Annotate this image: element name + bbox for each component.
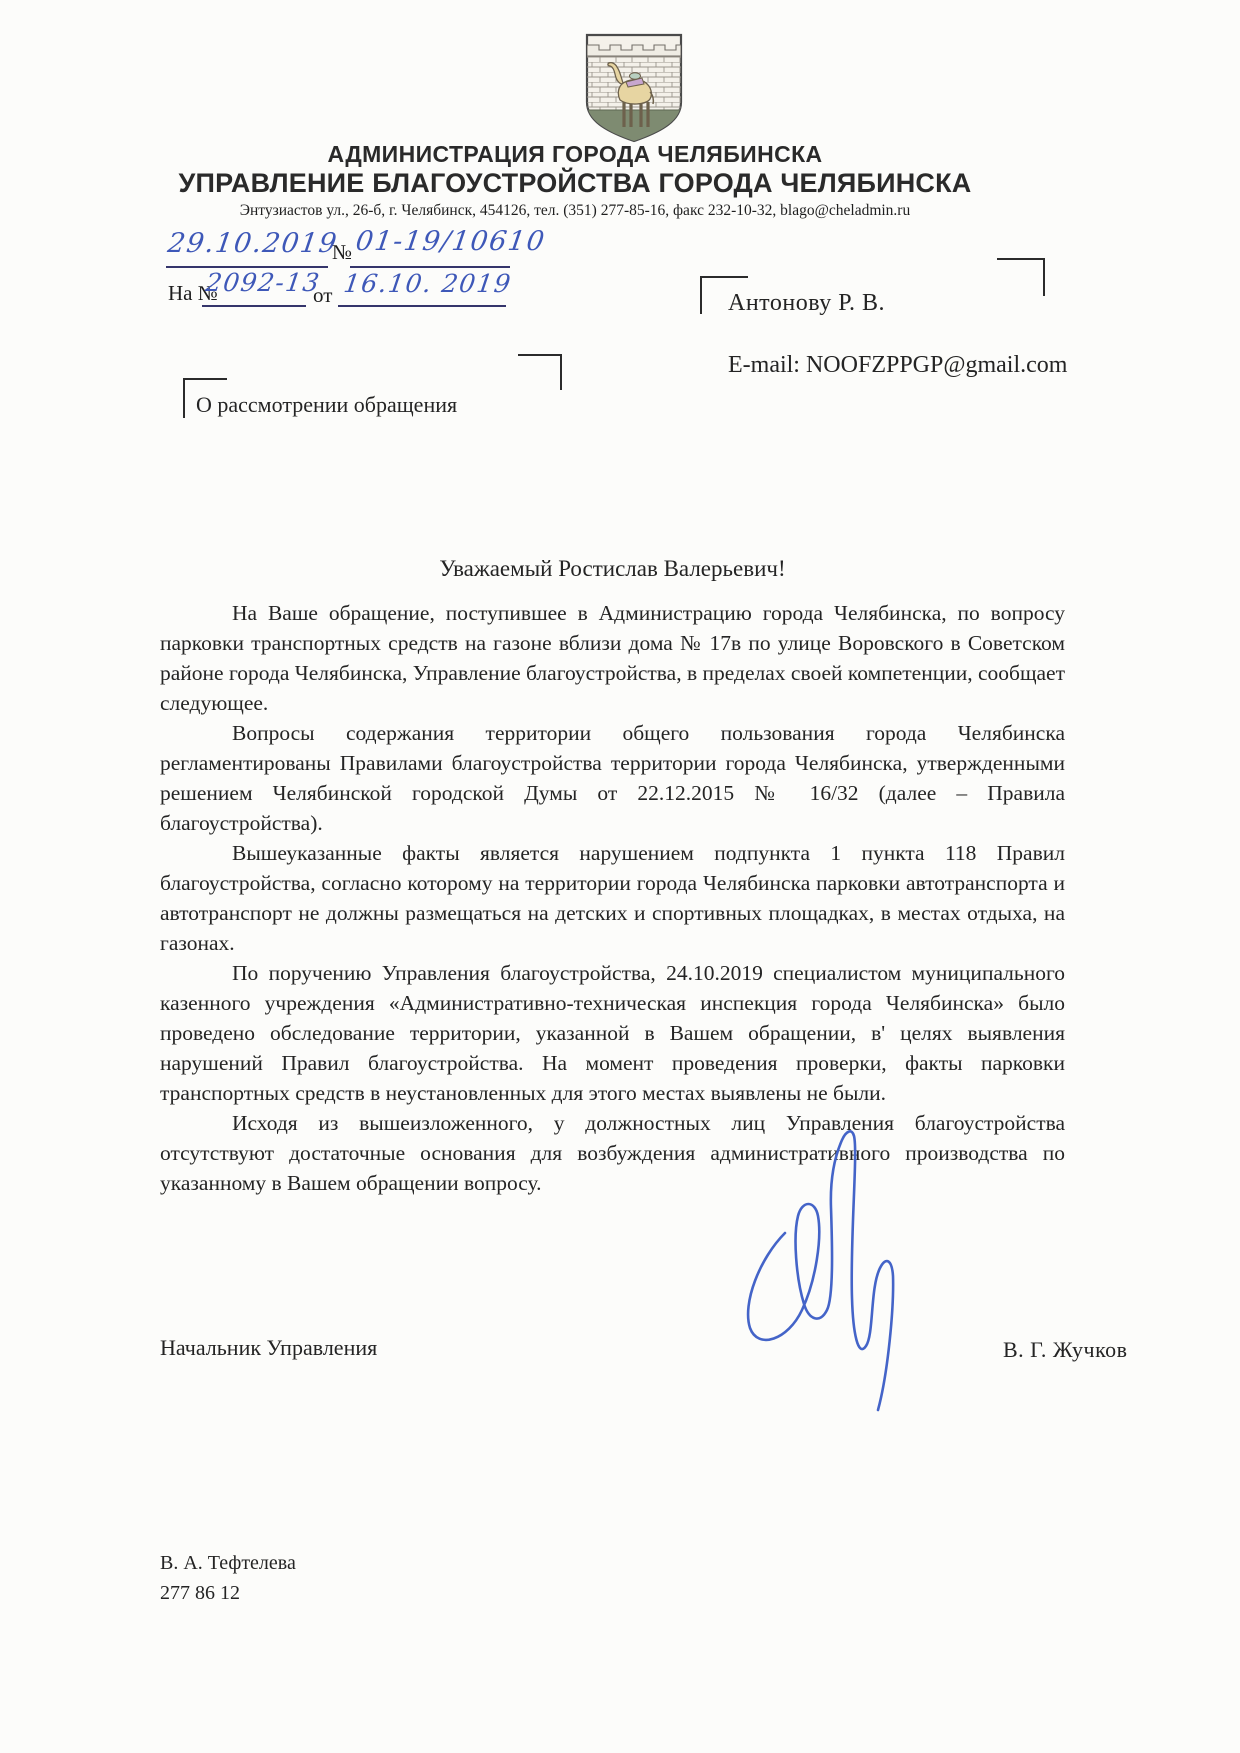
salutation: Уважаемый Ростислав Валерьевич! [160, 556, 1065, 582]
letter-body: На Ваше обращение, поступившее в Админис… [160, 598, 1065, 1198]
subject-line: О рассмотрении обращения [196, 392, 457, 418]
underline [202, 305, 306, 307]
body-paragraph: Вышеуказанные факты является нарушением … [160, 838, 1065, 958]
contact-line: Энтузиастов ул., 26-б, г. Челябинск, 454… [60, 202, 1090, 220]
incoming-date-handwritten: 16.10. 2019 [342, 269, 514, 298]
underline [350, 266, 510, 268]
department-name: УПРАВЛЕНИЕ БЛАГОУСТРОЙСТВА ГОРОДА ЧЕЛЯБИ… [60, 168, 1090, 199]
recipient-email: E-mail: NOOFZPPGP@gmail.com [728, 352, 1067, 379]
organization-name: АДМИНИСТРАЦИЯ ГОРОДА ЧЕЛЯБИНСКА [60, 141, 1090, 168]
recipient-name: Антонову Р. В. [728, 290, 885, 317]
body-paragraph: На Ваше обращение, поступившее в Админис… [160, 598, 1065, 718]
handwritten-signature-icon [730, 1118, 940, 1418]
from-label: от [313, 283, 332, 308]
number-label: № [332, 240, 352, 265]
corner-mark [518, 354, 562, 390]
outgoing-number-handwritten: 01-19/10610 [354, 226, 548, 257]
signatory-name: В. Г. Жучков [1003, 1337, 1128, 1363]
coat-of-arms-icon [584, 32, 684, 144]
body-paragraph: Вопросы содержания территории общего пол… [160, 718, 1065, 838]
executor-name: В. А. Тефтелева [160, 1552, 296, 1575]
signatory-position: Начальник Управления [160, 1335, 377, 1361]
outgoing-date-handwritten: 29.10.2019 [166, 228, 340, 259]
underline [338, 305, 506, 307]
executor-phone: 277 86 12 [160, 1582, 240, 1605]
body-paragraph: По поручению Управления благоустройства,… [160, 958, 1065, 1108]
scanned-letter-page: АДМИНИСТРАЦИЯ ГОРОДА ЧЕЛЯБИНСКА УПРАВЛЕН… [0, 0, 1240, 1753]
corner-mark [997, 258, 1045, 296]
incoming-number-handwritten: 2092-13 [204, 268, 322, 297]
